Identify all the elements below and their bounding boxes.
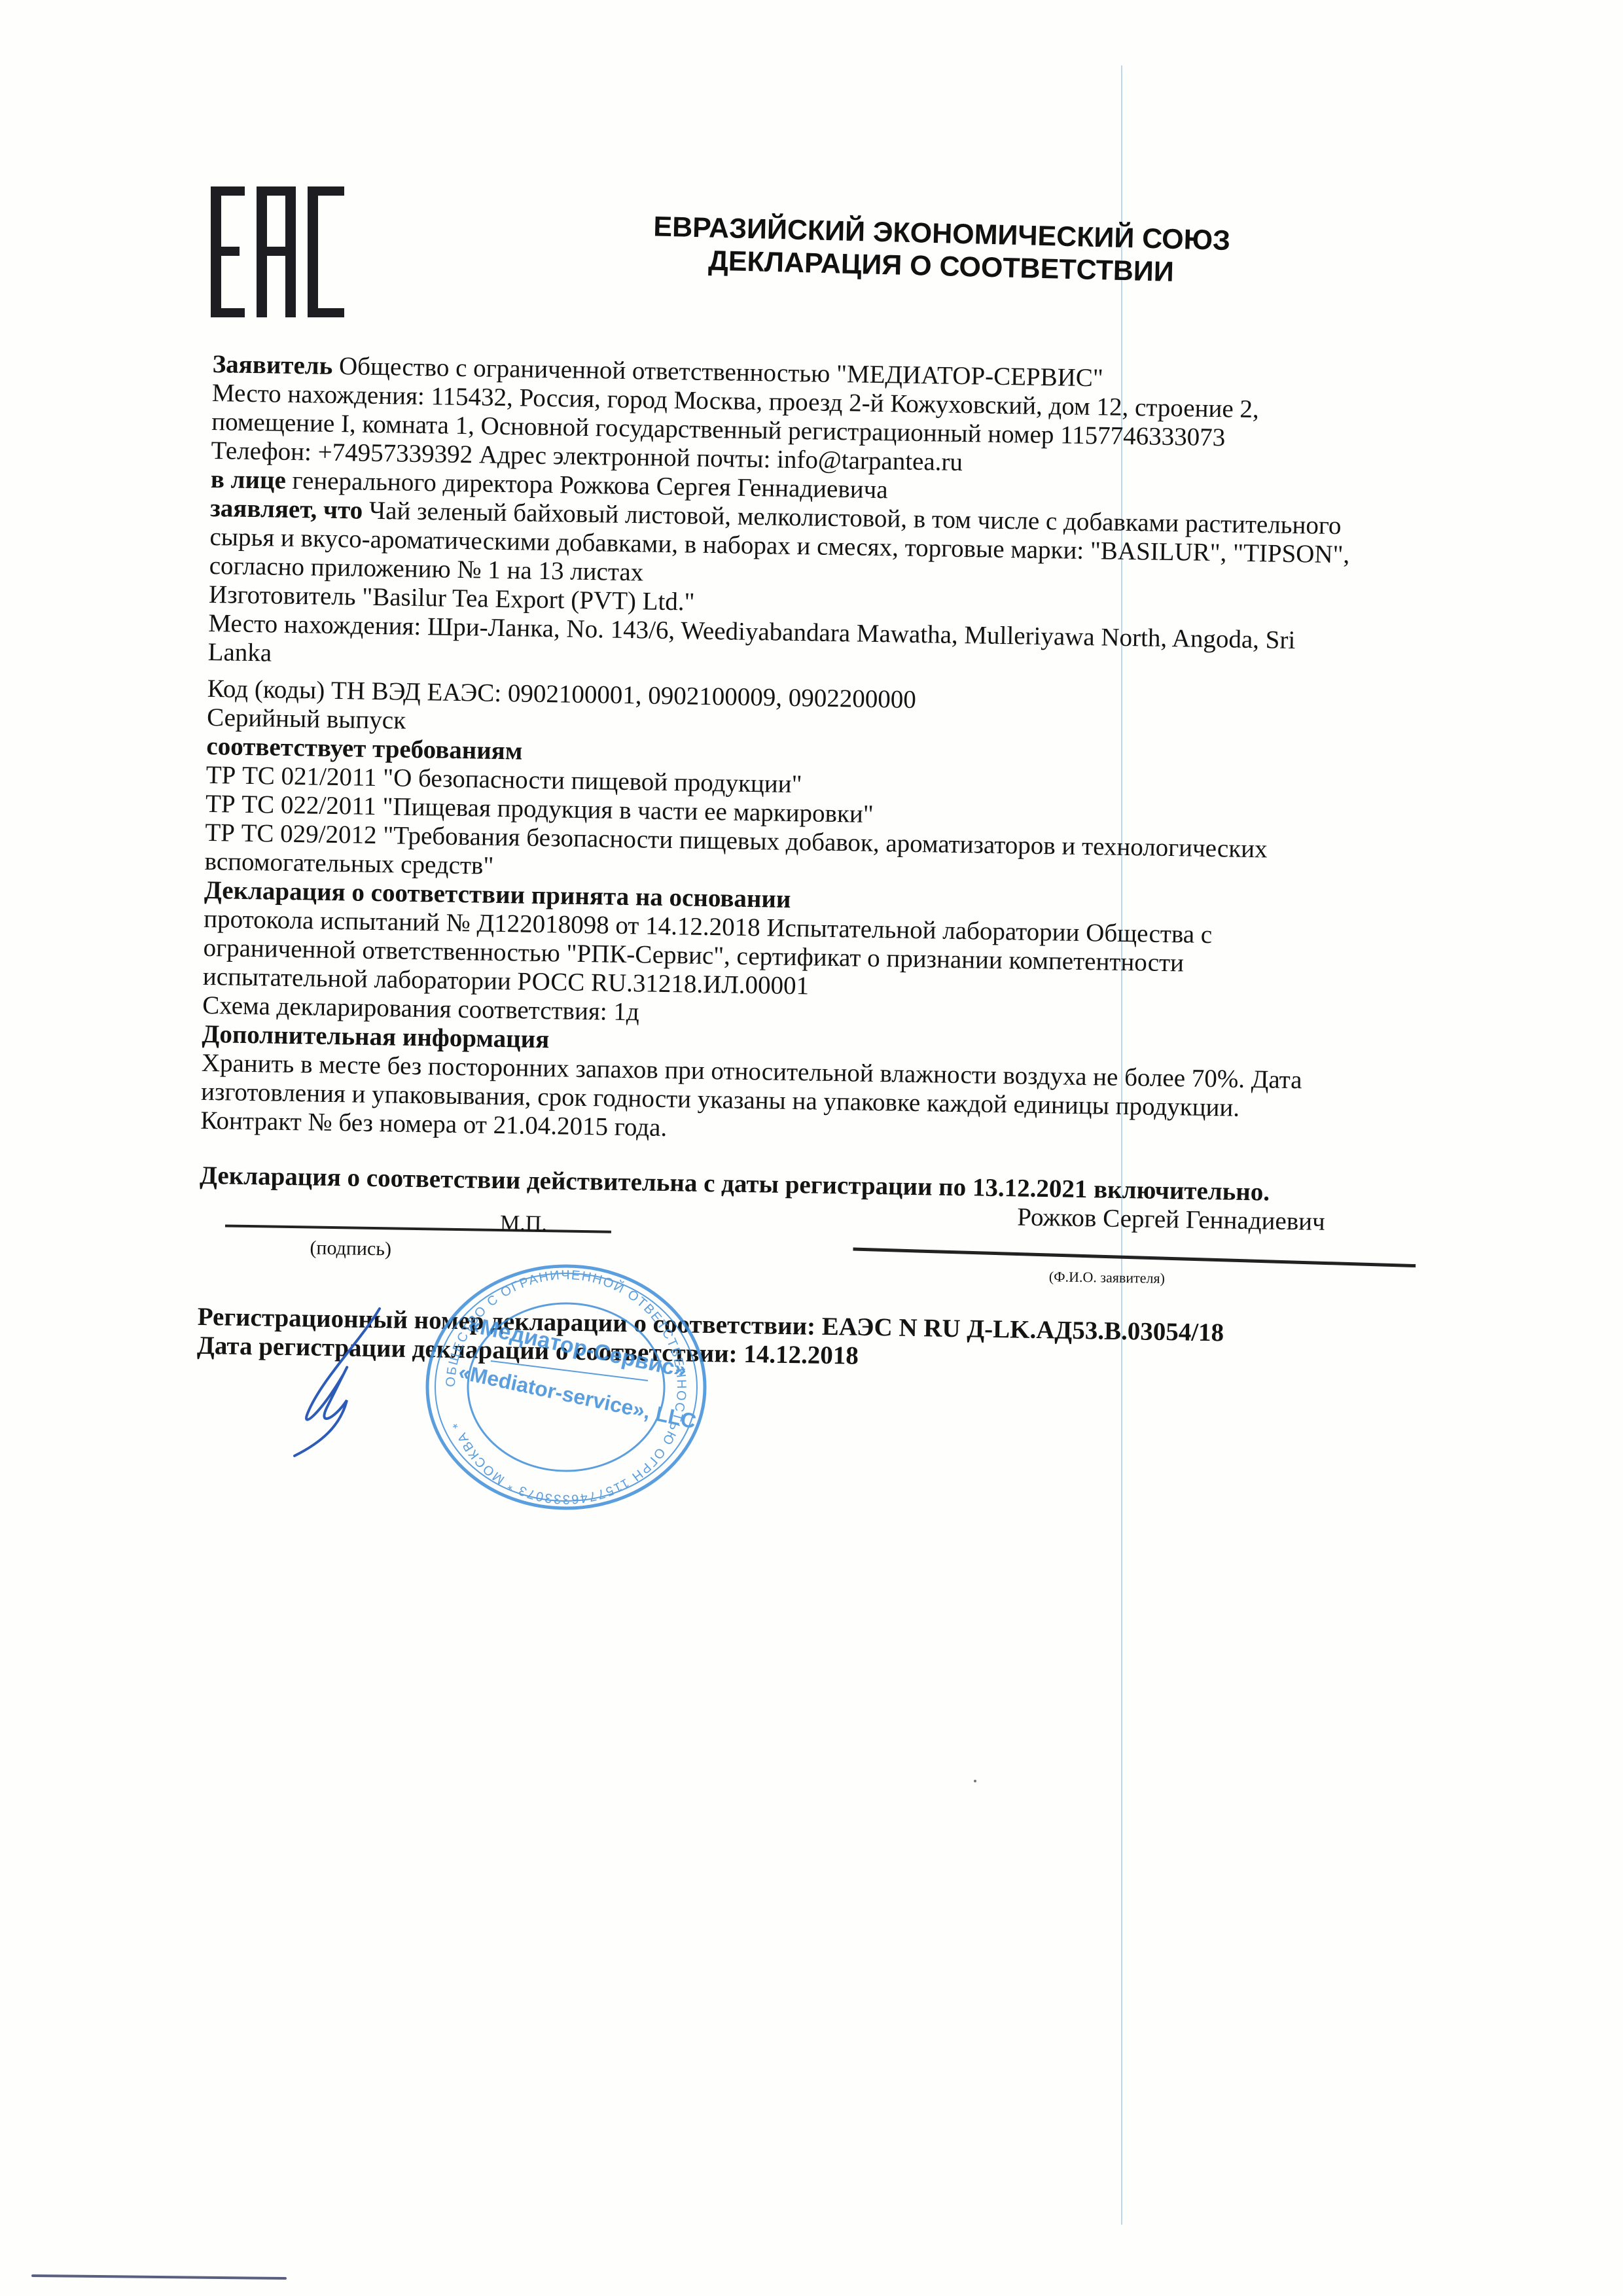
- applicant-label: Заявитель: [212, 350, 332, 380]
- signature-line: [225, 1224, 611, 1233]
- signature-caption: (подпись): [310, 1234, 391, 1264]
- declaration-body: Заявитель Общество с ограниченной ответс…: [197, 350, 1522, 1381]
- registration-number-value: ЕАЭС N RU Д-LK.АД53.В.03054/18: [822, 1313, 1224, 1347]
- company-stamp-icon: ОБЩЕСТВО С ОГРАНИЧЕННОЙ ОТВЕТСТВЕННОСТЬЮ…: [412, 1263, 720, 1511]
- registration-date-value: 14.12.2018: [743, 1340, 859, 1370]
- applicant-full-name: Рожков Сергей Геннадиевич: [1017, 1203, 1325, 1236]
- stamp-place-label: М.П.: [500, 1209, 547, 1239]
- representative-label: в лице: [211, 465, 287, 495]
- declares-label: заявляет, что: [210, 494, 363, 525]
- scan-speck: [974, 1780, 976, 1782]
- document-header: ЕВРАЗИЙСКИЙ ЭКОНОМИЧЕСКИЙ СОЮЗ ДЕКЛАРАЦИ…: [614, 209, 1270, 291]
- handwritten-signature-icon: [281, 1302, 432, 1459]
- eac-mark-icon: [209, 186, 347, 317]
- pen-mark: [31, 2274, 287, 2280]
- name-caption: (Ф.И.О. заявителя): [1049, 1262, 1166, 1293]
